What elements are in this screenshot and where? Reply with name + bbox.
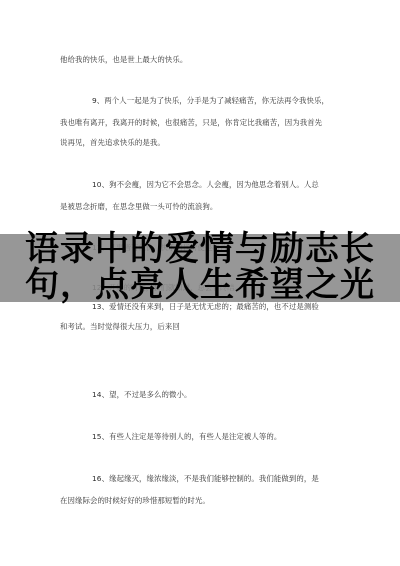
- text-line: 15、有些人注定是等待别人的，有些人是注定被人等的。: [92, 432, 281, 442]
- text-line: 10、狗不会瘦，因为它不会思念。人会瘦，因为他思念着别人。人总: [92, 180, 319, 190]
- text-line: 我也唯有离开，我离开的时候，也很痛苦，只是，你肯定比我痛苦，因为我首先: [60, 118, 322, 128]
- text-line: 他给我的快乐，也是世上最大的快乐。: [60, 55, 187, 65]
- banner-title-line-2: 句，点亮人生希望之光: [0, 267, 400, 303]
- text-line: 在因缘际会的时候好好的珍惜那短暂的时光。: [60, 496, 210, 506]
- text-line: 14、望，不过是多么的微小。: [92, 390, 192, 400]
- banner-title-line-1: 语录中的爱情与励志长: [0, 231, 400, 267]
- text-line: 和考试。当时觉得很大压力，后来回: [60, 322, 180, 332]
- text-line: 9、两个人一起是为了快乐，分手是为了减轻痛苦，你无法再令我快乐，: [92, 96, 329, 106]
- title-banner: 语录中的爱情与励志长 句，点亮人生希望之光: [0, 234, 400, 302]
- text-line: 16、缘起缘灭，缘浓缘淡，不是我们能够控制的。我们能做到的，是: [92, 474, 319, 484]
- text-line: 说再见，首先追求快乐的是我。: [60, 138, 165, 148]
- document-page: 他给我的快乐，也是世上最大的快乐。 9、两个人一起是为了快乐，分手是为了减轻痛苦…: [0, 0, 400, 566]
- text-line: 13、爱情还没有来到，日子是无忧无虑的；最痛苦的，也不过是测验: [92, 302, 319, 312]
- text-line: 是被思念折磨，在思念里做一头可怜的流浪狗。: [60, 202, 217, 212]
